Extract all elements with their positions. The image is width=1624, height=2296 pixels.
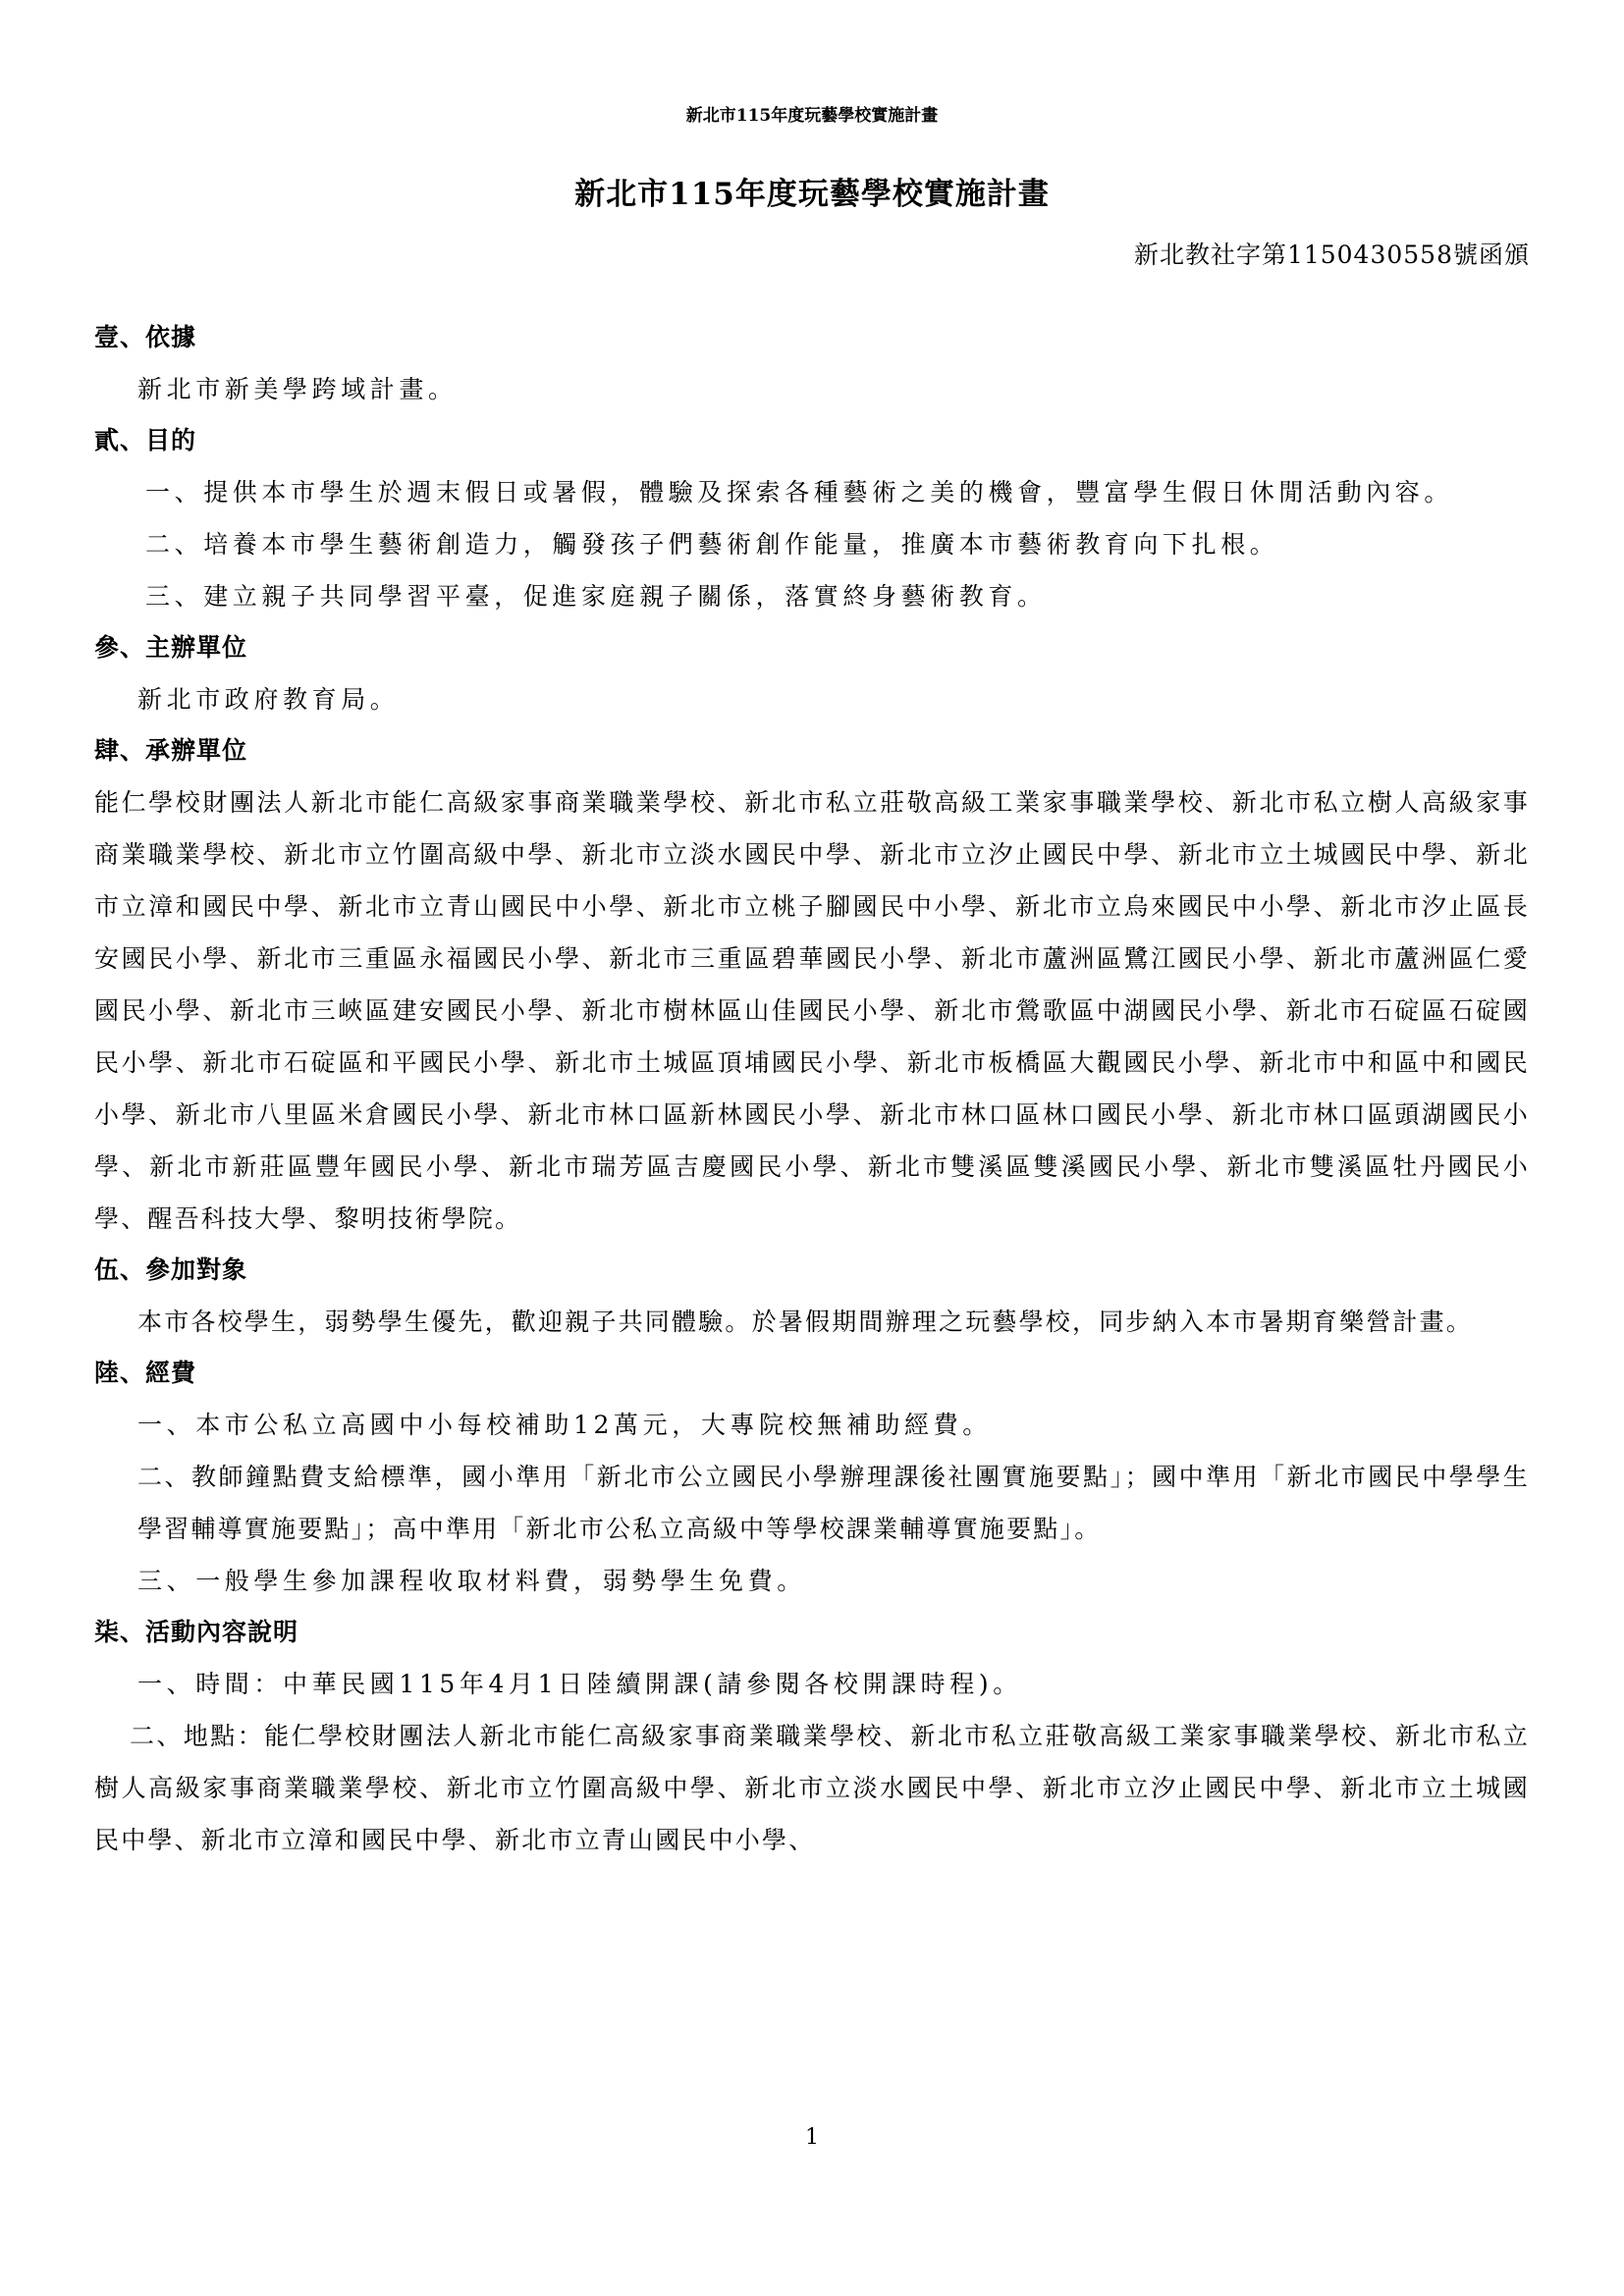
list-item: 三、建立親子共同學習平臺，促進家庭親子關係，落實終身藝術教育。 bbox=[94, 570, 1530, 622]
document-number: 新北教社字第1150430558號函頒 bbox=[1134, 236, 1530, 271]
section-participants: 伍、參加對象 本市各校學生，弱勢學生優先，歡迎親子共同體驗。於暑假期間辦理之玩藝… bbox=[94, 1245, 1530, 1348]
paragraph: 本市各校學生，弱勢學生優先，歡迎親子共同體驗。於暑假期間辦理之玩藝學校，同步納入… bbox=[94, 1296, 1530, 1348]
list-item: 一、提供本市學生於週末假日或暑假，體驗及探索各種藝術之美的機會，豐富學生假日休閒… bbox=[94, 466, 1530, 518]
paragraph: 能仁學校財團法人新北市能仁高級家事商業職業學校、新北市私立莊敬高級工業家事職業學… bbox=[94, 776, 1530, 1245]
section-funding: 陸、經費 一、本市公私立高國中小每校補助12萬元，大專院校無補助經費。 二、教師… bbox=[94, 1348, 1530, 1607]
section-implementing-units: 肆、承辦單位 能仁學校財團法人新北市能仁高級家事商業職業學校、新北市私立莊敬高級… bbox=[94, 725, 1530, 1245]
document-body: 壹、依據 新北市新美學跨域計畫。 貳、目的 一、提供本市學生於週末假日或暑假，體… bbox=[94, 312, 1530, 1866]
list-item: 三、一般學生參加課程收取材料費，弱勢學生免費。 bbox=[94, 1555, 1530, 1607]
list-item: 一、時間：中華民國115年4月1日陸續開課(請參閱各校開課時程)。 bbox=[94, 1658, 1530, 1710]
running-header: 新北市115年度玩藝學校實施計畫 bbox=[0, 101, 1624, 126]
section-heading: 伍、參加對象 bbox=[94, 1245, 1530, 1296]
section-heading: 陸、經費 bbox=[94, 1348, 1530, 1399]
section-purpose: 貳、目的 一、提供本市學生於週末假日或暑假，體驗及探索各種藝術之美的機會，豐富學… bbox=[94, 415, 1530, 622]
list-item: 二、培養本市學生藝術創造力，觸發孩子們藝術創作能量，推廣本市藝術教育向下扎根。 bbox=[94, 518, 1530, 570]
list-item: 二、地點：能仁學校財團法人新北市能仁高級家事商業職業學校、新北市私立莊敬高級工業… bbox=[94, 1710, 1530, 1866]
section-heading: 柒、活動內容說明 bbox=[94, 1607, 1530, 1658]
section-heading: 參、主辦單位 bbox=[94, 622, 1530, 673]
document-page: 新北市115年度玩藝學校實施計畫 新北市115年度玩藝學校實施計畫 新北教社字第… bbox=[0, 0, 1624, 2296]
section-organizer: 參、主辦單位 新北市政府教育局。 bbox=[94, 622, 1530, 725]
paragraph: 新北市新美學跨域計畫。 bbox=[94, 363, 1530, 415]
list-item: 一、本市公私立高國中小每校補助12萬元，大專院校無補助經費。 bbox=[94, 1399, 1530, 1451]
list-item: 二、教師鐘點費支給標準，國小準用「新北市公立國民小學辦理課後社團實施要點」；國中… bbox=[94, 1451, 1530, 1555]
section-basis: 壹、依據 新北市新美學跨域計畫。 bbox=[94, 312, 1530, 415]
page-number: 1 bbox=[0, 2125, 1624, 2150]
document-title: 新北市115年度玩藝學校實施計畫 bbox=[0, 169, 1624, 213]
section-activity-details: 柒、活動內容說明 一、時間：中華民國115年4月1日陸續開課(請參閱各校開課時程… bbox=[94, 1607, 1530, 1866]
section-heading: 肆、承辦單位 bbox=[94, 725, 1530, 776]
section-heading: 貳、目的 bbox=[94, 415, 1530, 466]
section-heading: 壹、依據 bbox=[94, 312, 1530, 363]
paragraph: 新北市政府教育局。 bbox=[94, 673, 1530, 725]
